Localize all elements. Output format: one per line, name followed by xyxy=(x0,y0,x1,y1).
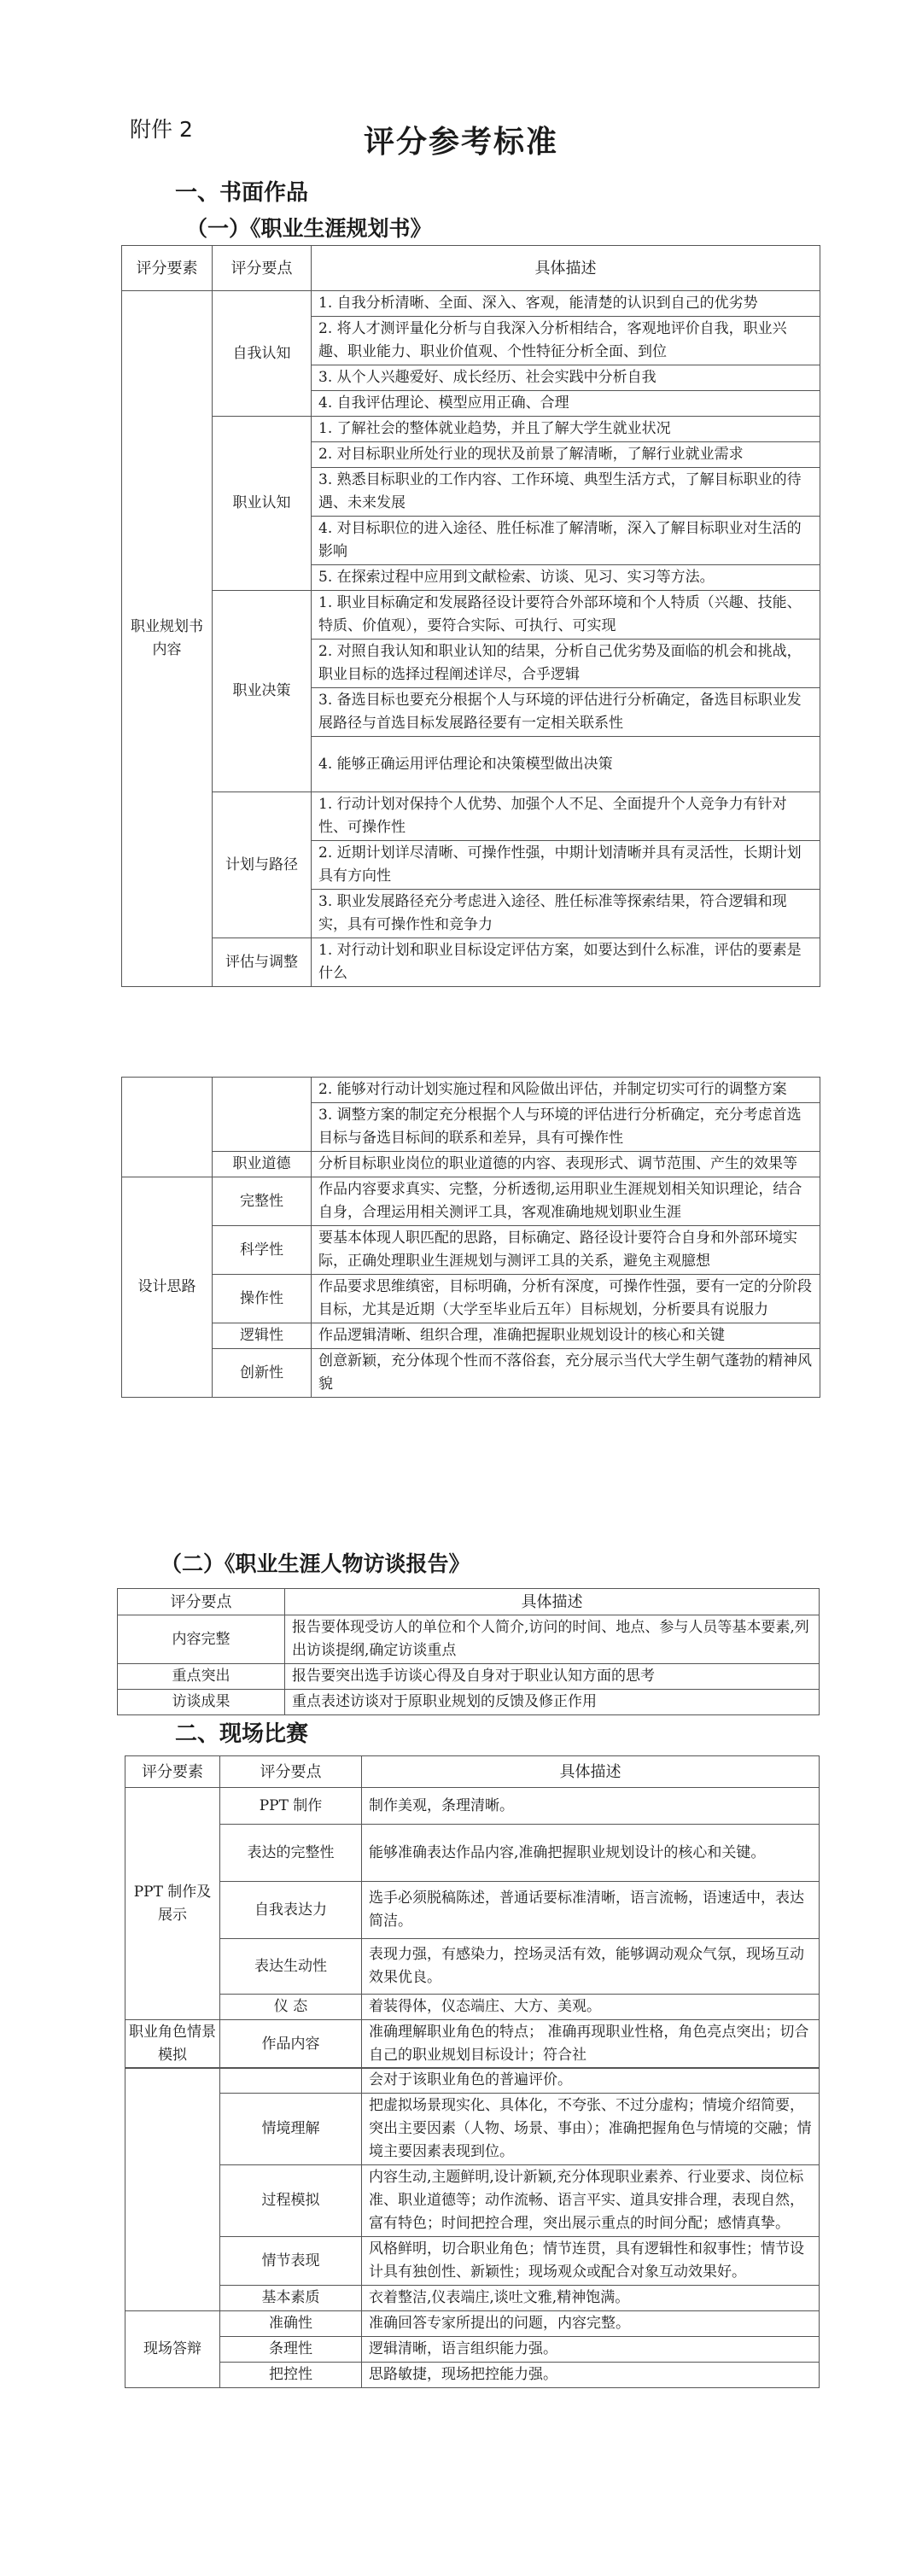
point-cell: 完整性 xyxy=(213,1177,312,1226)
desc-cell: 表现力强，有感染力，控场灵活有效，能够调动观众气氛，现场互动效果优良。 xyxy=(362,1939,820,1995)
table-row: 逻辑性 作品逻辑清晰、组织合理，准确把握职业规划设计的核心和关键 xyxy=(122,1323,820,1349)
interview-report-table: 评分要点 具体描述 内容完整 报告要体现受访人的单位和个人简介,访问的时间、地点… xyxy=(117,1588,820,1715)
table-row: 表达的完整性 能够准确表达作品内容,准确把握职业规划设计的核心和关键。 xyxy=(125,1825,820,1882)
table-row: 把控性 思路敏捷，现场把控能力强。 xyxy=(125,2363,820,2388)
desc-cell: 分析目标职业岗位的职业道德的内容、表现形式、调节范围、产生的效果等 xyxy=(312,1152,820,1177)
desc-cell: 4. 自我评估理论、模型应用正确、合理 xyxy=(312,391,820,417)
point-cell: 自我认知 xyxy=(213,291,312,417)
point-cell: 作品内容 xyxy=(220,2020,362,2069)
point-cell: 访谈成果 xyxy=(118,1690,285,1715)
career-plan-table-part2: 2. 能够对行动计划实施过程和风险做出评估，并制定切实可行的调整方案 3. 调整… xyxy=(121,1077,820,1398)
table-row: 评估与调整 1. 对行动计划和职业目标设定评估方案，如要达到什么标准，评估的要素… xyxy=(122,938,820,987)
table-row: 基本素质 衣着整洁,仪表端庄,谈吐文雅,精神饱满。 xyxy=(125,2286,820,2311)
desc-cell: 3. 职业发展路径充分考虑进入途径、胜任标准等探索结果，符合逻辑和现实，具有可操… xyxy=(312,890,820,938)
desc-cell: 内容生动,主题鲜明,设计新颖,充分体现职业素养、行业要求、岗位标准、职业道德等；… xyxy=(362,2165,820,2237)
table-row: 仪 态 着装得体，仪态端庄、大方、美观。 xyxy=(125,1995,820,2020)
desc-cell: 4. 能够正确运用评估理论和决策模型做出决策 xyxy=(312,737,820,792)
header-cell: 评分要点 xyxy=(213,246,312,291)
element-cell: 设计思路 xyxy=(122,1177,213,1398)
table-row: 创新性 创意新颖，充分体现个性而不落俗套，充分展示当代大学生朝气蓬勃的精神风貌 xyxy=(122,1349,820,1398)
desc-cell: 作品要求思维缜密，目标明确，分析有深度，可操作性强，要有一定的分阶段目标，尤其是… xyxy=(312,1275,820,1323)
desc-cell: 1. 行动计划对保持个人优势、加强个人不足、全面提升个人竞争力有针对性、可操作性 xyxy=(312,792,820,841)
table-row: 职业认知 1. 了解社会的整体就业趋势，并且了解大学生就业状况 xyxy=(122,417,820,442)
point-cell: 逻辑性 xyxy=(213,1323,312,1349)
career-plan-table-part1: 评分要素 评分要点 具体描述 职业规划书内容 自我认知 1. 自我分析清晰、全面… xyxy=(121,245,820,987)
table-row: 计划与路径 1. 行动计划对保持个人优势、加强个人不足、全面提升个人竞争力有针对… xyxy=(122,792,820,841)
header-cell: 评分要点 xyxy=(118,1589,285,1615)
desc-cell: 思路敏捷，现场把控能力强。 xyxy=(362,2363,820,2388)
element-cell-continued xyxy=(125,2068,220,2311)
live-competition-table-part1: 评分要素 评分要点 具体描述 PPT 制作及展示 PPT 制作 制作美观，条理清… xyxy=(125,1755,820,2069)
table-row: PPT 制作及展示 PPT 制作 制作美观，条理清晰。 xyxy=(125,1788,820,1825)
table-row: 自我表达力 选手必须脱稿陈述，普通话要标准清晰，语言流畅，语速适中，表达简洁。 xyxy=(125,1882,820,1939)
table-row: 情境理解 把虚拟场景现实化、具体化，不夸张、不过分虚构；情境介绍简要，突出主要因… xyxy=(125,2094,820,2165)
table-row: 会对于该职业角色的普遍评价。 xyxy=(125,2068,820,2094)
header-cell: 具体描述 xyxy=(285,1589,820,1615)
desc-cell: 衣着整洁,仪表端庄,谈吐文雅,精神饱满。 xyxy=(362,2286,820,2311)
desc-cell: 重点表述访谈对于原职业规划的反馈及修正作用 xyxy=(285,1690,820,1715)
table-row: 职业道德 分析目标职业岗位的职业道德的内容、表现形式、调节范围、产生的效果等 xyxy=(122,1152,820,1177)
element-cell: 现场答辩 xyxy=(125,2311,220,2388)
page-title: 评分参考标准 xyxy=(0,118,922,161)
point-cell: 重点突出 xyxy=(118,1664,285,1690)
desc-cell: 2. 近期计划详尽清晰、可操作性强，中期计划清晰并具有灵活性，长期计划具有方向性 xyxy=(312,841,820,890)
header-cell: 具体描述 xyxy=(362,1756,820,1788)
table-row: 职业决策 1. 职业目标确定和发展路径设计要符合外部环境和个人特质（兴趣、技能、… xyxy=(122,591,820,640)
desc-cell: 创意新颖，充分体现个性而不落俗套，充分展示当代大学生朝气蓬勃的精神风貌 xyxy=(312,1349,820,1398)
table-row: 2. 能够对行动计划实施过程和风险做出评估，并制定切实可行的调整方案 xyxy=(122,1078,820,1103)
table-row: 内容完整 报告要体现受访人的单位和个人简介,访问的时间、地点、参与人员等基本要素… xyxy=(118,1615,820,1664)
point-cell-continued xyxy=(213,1078,312,1152)
section-heading-written: 一、书面作品 xyxy=(175,175,308,207)
element-cell: 职业规划书内容 xyxy=(122,291,213,987)
point-cell: 创新性 xyxy=(213,1349,312,1398)
table-row: 访谈成果 重点表述访谈对于原职业规划的反馈及修正作用 xyxy=(118,1690,820,1715)
point-cell: 情节表现 xyxy=(220,2237,362,2286)
table-row: 现场答辩 准确性 准确回答专家所提出的问题，内容完整。 xyxy=(125,2311,820,2337)
table-row: 重点突出 报告要突出选手访谈心得及自身对于职业认知方面的思考 xyxy=(118,1664,820,1690)
point-cell: 计划与路径 xyxy=(213,792,312,938)
table-row: 科学性 要基本体现人职匹配的思路，目标确定、路径设计要符合自身和外部环境实际，正… xyxy=(122,1226,820,1275)
desc-cell: 作品逻辑清晰、组织合理，准确把握职业规划设计的核心和关键 xyxy=(312,1323,820,1349)
point-cell: 职业决策 xyxy=(213,591,312,792)
desc-cell: 制作美观，条理清晰。 xyxy=(362,1788,820,1825)
desc-cell: 1. 对行动计划和职业目标设定评估方案，如要达到什么标准，评估的要素是什么 xyxy=(312,938,820,987)
table-header-row: 评分要素 评分要点 具体描述 xyxy=(125,1756,820,1788)
point-cell: PPT 制作 xyxy=(220,1788,362,1825)
desc-cell: 3. 从个人兴趣爱好、成长经历、社会实践中分析自我 xyxy=(312,365,820,391)
desc-cell: 3. 备选目标也要充分根据个人与环境的评估进行分析确定，备选目标职业发展路径与首… xyxy=(312,688,820,737)
point-cell: 职业认知 xyxy=(213,417,312,591)
point-cell: 表达生动性 xyxy=(220,1939,362,1995)
desc-cell: 准确理解职业角色的特点； 准确再现职业性格，角色亮点突出；切合自己的职业规划目标… xyxy=(362,2020,820,2069)
desc-cell: 把虚拟场景现实化、具体化，不夸张、不过分虚构；情境介绍简要，突出主要因素（人物、… xyxy=(362,2094,820,2165)
element-cell-continued xyxy=(122,1078,213,1177)
point-cell: 科学性 xyxy=(213,1226,312,1275)
element-cell: 职业角色情景模拟 xyxy=(125,2020,220,2069)
table-row: 过程模拟 内容生动,主题鲜明,设计新颖,充分体现职业素养、行业要求、岗位标准、职… xyxy=(125,2165,820,2237)
desc-cell: 作品内容要求真实、完整，分析透彻,运用职业生涯规划相关知识理论，结合自身，合理运… xyxy=(312,1177,820,1226)
table-row: 职业角色情景模拟 作品内容 准确理解职业角色的特点； 准确再现职业性格，角色亮点… xyxy=(125,2020,820,2069)
desc-cell: 2. 将人才测评量化分析与自我深入分析相结合，客观地评价自我，职业兴趣、职业能力… xyxy=(312,317,820,365)
table-row: 操作性 作品要求思维缜密，目标明确，分析有深度，可操作性强，要有一定的分阶段目标… xyxy=(122,1275,820,1323)
desc-cell: 3. 熟悉目标职业的工作内容、工作环境、典型生活方式，了解目标职业的待遇、未来发… xyxy=(312,468,820,517)
desc-cell: 2. 对目标职业所处行业的现状及前景了解清晰，了解行业就业需求 xyxy=(312,442,820,468)
desc-cell: 选手必须脱稿陈述，普通话要标准清晰，语言流畅，语速适中，表达简洁。 xyxy=(362,1882,820,1939)
point-cell: 条理性 xyxy=(220,2337,362,2363)
desc-cell: 3. 调整方案的制定充分根据个人与环境的评估进行分析确定，充分考虑首选目标与备选… xyxy=(312,1103,820,1152)
point-cell: 过程模拟 xyxy=(220,2165,362,2237)
element-cell: PPT 制作及展示 xyxy=(125,1788,220,2020)
point-cell: 仪 态 xyxy=(220,1995,362,2020)
desc-cell: 2. 能够对行动计划实施过程和风险做出评估，并制定切实可行的调整方案 xyxy=(312,1078,820,1103)
point-cell: 操作性 xyxy=(213,1275,312,1323)
section-heading-live: 二、现场比赛 xyxy=(175,1716,308,1748)
desc-cell: 1. 职业目标确定和发展路径设计要符合外部环境和个人特质（兴趣、技能、特质、价值… xyxy=(312,591,820,640)
desc-cell: 风格鲜明，切合职业角色；情节连贯，具有逻辑性和叙事性；情节设计具有独创性、新颖性… xyxy=(362,2237,820,2286)
point-cell: 准确性 xyxy=(220,2311,362,2337)
live-competition-table-part2: 会对于该职业角色的普遍评价。 情境理解 把虚拟场景现实化、具体化，不夸张、不过分… xyxy=(125,2067,820,2388)
table-header-row: 评分要点 具体描述 xyxy=(118,1589,820,1615)
point-cell-continued xyxy=(220,2068,362,2094)
desc-cell: 会对于该职业角色的普遍评价。 xyxy=(362,2068,820,2094)
desc-cell: 准确回答专家所提出的问题，内容完整。 xyxy=(362,2311,820,2337)
point-cell: 自我表达力 xyxy=(220,1882,362,1939)
point-cell: 基本素质 xyxy=(220,2286,362,2311)
desc-cell: 逻辑清晰，语言组织能力强。 xyxy=(362,2337,820,2363)
desc-cell: 报告要体现受访人的单位和个人简介,访问的时间、地点、参与人员等基本要素,列出访谈… xyxy=(285,1615,820,1664)
point-cell: 评估与调整 xyxy=(213,938,312,987)
header-cell: 评分要素 xyxy=(122,246,213,291)
desc-cell: 1. 自我分析清晰、全面、深入、客观，能清楚的认识到自己的优劣势 xyxy=(312,291,820,317)
subsection-heading-career-plan: （一）《职业生涯规划书》 xyxy=(186,212,432,242)
desc-cell: 着装得体，仪态端庄、大方、美观。 xyxy=(362,1995,820,2020)
point-cell: 把控性 xyxy=(220,2363,362,2388)
desc-cell: 报告要突出选手访谈心得及自身对于职业认知方面的思考 xyxy=(285,1664,820,1690)
point-cell: 表达的完整性 xyxy=(220,1825,362,1882)
header-cell: 评分要点 xyxy=(220,1756,362,1788)
desc-cell: 5. 在探索过程中应用到文献检索、访谈、见习、实习等方法。 xyxy=(312,565,820,591)
desc-cell: 能够准确表达作品内容,准确把握职业规划设计的核心和关键。 xyxy=(362,1825,820,1882)
table-row: 条理性 逻辑清晰，语言组织能力强。 xyxy=(125,2337,820,2363)
table-row: 职业规划书内容 自我认知 1. 自我分析清晰、全面、深入、客观，能清楚的认识到自… xyxy=(122,291,820,317)
desc-cell: 4. 对目标职位的进入途径、胜任标准了解清晰，深入了解目标职业对生活的影响 xyxy=(312,517,820,565)
header-cell: 具体描述 xyxy=(312,246,820,291)
table-row: 设计思路 完整性 作品内容要求真实、完整，分析透彻,运用职业生涯规划相关知识理论… xyxy=(122,1177,820,1226)
table-header-row: 评分要素 评分要点 具体描述 xyxy=(122,246,820,291)
subsection-heading-interview: （二）《职业生涯人物访谈报告》 xyxy=(160,1547,470,1578)
desc-cell: 2. 对照自我认知和职业认知的结果，分析自己优劣势及面临的机会和挑战，职业目标的… xyxy=(312,640,820,688)
desc-cell: 要基本体现人职匹配的思路，目标确定、路径设计要符合自身和外部环境实际，正确处理职… xyxy=(312,1226,820,1275)
header-cell: 评分要素 xyxy=(125,1756,220,1788)
table-row: 情节表现 风格鲜明，切合职业角色；情节连贯，具有逻辑性和叙事性；情节设计具有独创… xyxy=(125,2237,820,2286)
table-row: 表达生动性 表现力强，有感染力，控场灵活有效，能够调动观众气氛，现场互动效果优良… xyxy=(125,1939,820,1995)
point-cell: 情境理解 xyxy=(220,2094,362,2165)
point-cell: 内容完整 xyxy=(118,1615,285,1664)
desc-cell: 1. 了解社会的整体就业趋势，并且了解大学生就业状况 xyxy=(312,417,820,442)
point-cell: 职业道德 xyxy=(213,1152,312,1177)
